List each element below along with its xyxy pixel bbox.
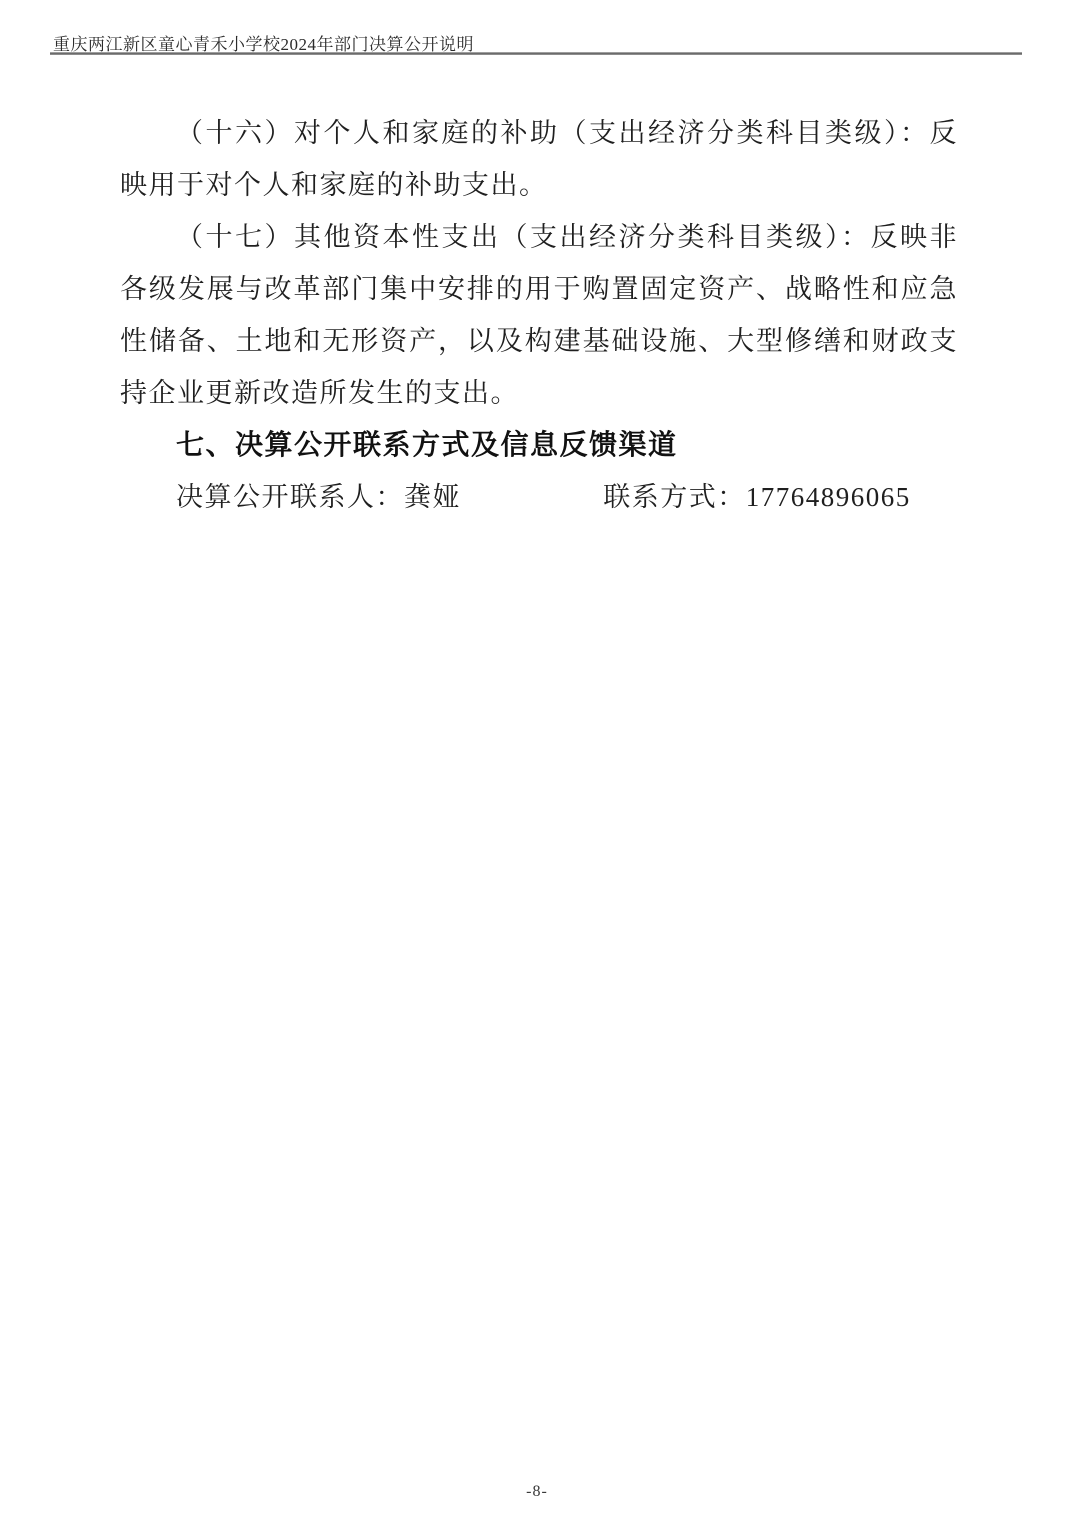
paragraph-line: （十七）其他资本性支出（支出经济分类科目类级）：反映非 [120,211,958,263]
page-number: -8- [0,1483,1074,1501]
document-body: （十六）对个人和家庭的补助（支出经济分类科目类级）：反 映用于对个人和家庭的补助… [120,107,958,523]
paragraph-line: 各级发展与改革部门集中安排的用于购置固定资产、战略性和应急 [120,263,958,315]
paragraph-line: 映用于对个人和家庭的补助支出。 [120,159,958,211]
contact-phone: 联系方式：17764896065 [603,482,911,512]
paragraph-line: （十六）对个人和家庭的补助（支出经济分类科目类级）：反 [120,107,958,159]
contact-person: 决算公开联系人：龚娅 [176,482,461,512]
paragraph-line: 性储备、土地和无形资产，以及构建基础设施、大型修缮和财政支 [120,315,958,367]
paragraph-16: （十六）对个人和家庭的补助（支出经济分类科目类级）：反 映用于对个人和家庭的补助… [120,107,958,211]
section-heading-contact-info: 七、决算公开联系方式及信息反馈渠道 [120,419,958,471]
header-divider-rule [50,52,1022,55]
document-page: 重庆两江新区童心青禾小学校2024年部门决算公开说明 （十六）对个人和家庭的补助… [0,0,1074,1520]
paragraph-line: 持企业更新改造所发生的支出。 [120,367,958,419]
paragraph-17: （十七）其他资本性支出（支出经济分类科目类级）：反映非 各级发展与改革部门集中安… [120,211,958,419]
contact-info-line: 决算公开联系人：龚娅 联系方式：17764896065 [120,471,958,523]
